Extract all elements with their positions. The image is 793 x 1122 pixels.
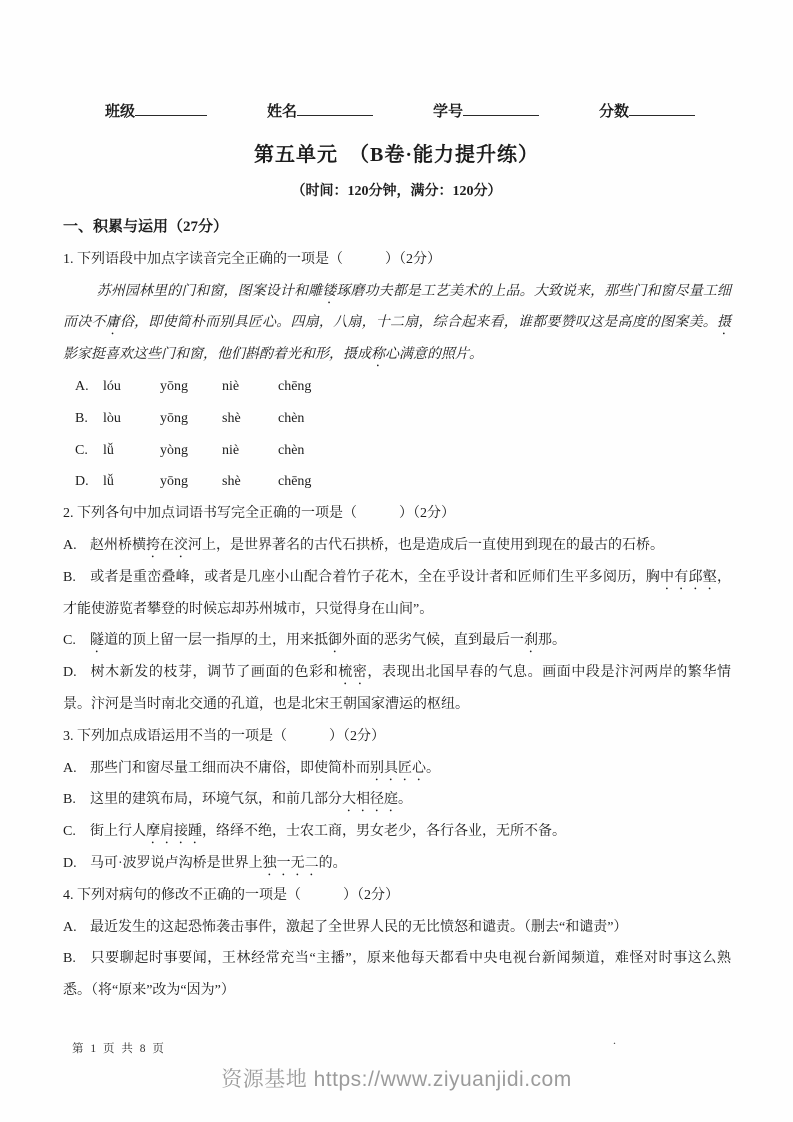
pinyin-col-4: chèn xyxy=(278,435,304,467)
question-1-option-d: D.lǚyōngshèchēng xyxy=(63,466,731,498)
pinyin-col-4: chēng xyxy=(278,466,311,498)
option-letter: A. xyxy=(75,371,103,403)
pinyin-col-2: yōng xyxy=(160,371,222,403)
option-letter: C. xyxy=(63,816,90,848)
page-number: 第 1 页 共 8 页 xyxy=(72,1040,166,1056)
question-3-option-a: A.那些门和窗尽量工细而决不庸俗，即使简朴而别具匠心。 xyxy=(63,753,731,785)
option-letter: D. xyxy=(63,657,90,689)
class-blank-line xyxy=(135,102,207,116)
pinyin-col-2: yōng xyxy=(160,466,222,498)
field-class-label: 班级 xyxy=(105,104,135,120)
question-1-option-a: A.lóuyōngnièchēng xyxy=(63,371,731,403)
option-letter: C. xyxy=(75,435,103,467)
pinyin-col-4: chēng xyxy=(278,371,311,403)
score-blank-line xyxy=(629,102,695,116)
question-4-stem: 4. 下列对病句的修改不正确的一项是（ ）（2分） xyxy=(63,880,731,912)
option-letter: B. xyxy=(63,562,90,594)
question-1-passage: 苏州园林里的门和窗，图案设计和雕镂琢磨功夫都是工艺美术的上品。大致说来，那些门和… xyxy=(63,276,731,371)
option-letter: A. xyxy=(63,912,90,944)
option-letter: A. xyxy=(63,530,90,562)
question-1-option-b: B.lòuyōngshèchèn xyxy=(63,403,731,435)
option-letter: B. xyxy=(75,403,103,435)
name-blank-line xyxy=(297,102,373,116)
pinyin-col-4: chèn xyxy=(278,403,304,435)
section-heading: 一、积累与运用（27分） xyxy=(63,212,731,244)
field-score-label: 分数 xyxy=(599,104,629,120)
student-id-blank-line xyxy=(463,102,539,116)
option-text: 赵州桥横挎在洨河上，是世界著名的古代石拱桥，也是造成后一直使用到现在的最古的石桥… xyxy=(90,538,664,553)
option-letter: A. xyxy=(63,753,90,785)
pinyin-col-2: yòng xyxy=(160,435,222,467)
question-3-option-b: B.这里的建筑布局，环境气氛，和前几部分大相径庭。 xyxy=(63,784,731,816)
question-2-option-c: C.隧道的顶上留一层一指厚的土，用来抵御外面的恶劣气候，直到最后一刹那。 xyxy=(63,625,731,657)
option-text: 隧道的顶上留一层一指厚的土，用来抵御外面的恶劣气候，直到最后一刹那。 xyxy=(90,633,566,648)
option-text: 树木新发的枝芽，调节了画面的色彩和梳密，表现出北国早春的气息。画面中段是汴河两岸… xyxy=(63,665,731,712)
pinyin-col-3: niè xyxy=(222,371,278,403)
exam-page: 班级 姓名 学号 分数 第五单元 （B卷·能力提升练） （时间：120分钟，满分… xyxy=(0,0,793,1122)
question-1-stem: 1. 下列语段中加点字读音完全正确的一项是（ ）（2分） xyxy=(63,244,731,276)
field-score: 分数 xyxy=(599,100,695,121)
field-name-label: 姓名 xyxy=(267,104,297,120)
option-letter: C. xyxy=(63,625,90,657)
option-text: 那些门和窗尽量工细而决不庸俗，即使简朴而别具匠心。 xyxy=(90,761,440,776)
question-2-stem: 2. 下列各句中加点词语书写完全正确的一项是（ ）（2分） xyxy=(63,498,731,530)
question-2-option-d: D.树木新发的枝芽，调节了画面的色彩和梳密，表现出北国早春的气息。画面中段是汴河… xyxy=(63,657,731,721)
option-text: 街上行人摩肩接踵，络绎不绝，士农工商，男女老少，各行各业，无所不备。 xyxy=(90,824,566,839)
option-letter: D. xyxy=(63,848,90,880)
stray-dot: . xyxy=(613,1033,616,1048)
option-text: 这里的建筑布局，环境气氛，和前几部分大相径庭。 xyxy=(90,792,412,807)
pinyin-col-1: lǚ xyxy=(103,435,160,467)
question-4-option-b: B.只要聊起时事要闻，王林经常充当“主播”，原来他每天都看中央电视台新闻频道，难… xyxy=(63,943,731,1007)
option-text: 或者是重峦叠峰，或者是几座小山配合着竹子花木，全在乎设计者和匠师们生平多阅历，胸… xyxy=(63,570,731,617)
option-text: 只要聊起时事要闻，王林经常充当“主播”，原来他每天都看中央电视台新闻频道，难怪对… xyxy=(63,951,731,998)
field-student-id: 学号 xyxy=(433,100,539,121)
option-letter: D. xyxy=(75,466,103,498)
page-title: 第五单元 （B卷·能力提升练） xyxy=(0,142,793,169)
pinyin-col-1: lòu xyxy=(103,403,160,435)
question-3-option-d: D.马可·波罗说卢沟桥是世界上独一无二的。 xyxy=(63,848,731,880)
question-2-option-b: B.或者是重峦叠峰，或者是几座小山配合着竹子花木，全在乎设计者和匠师们生平多阅历… xyxy=(63,562,731,626)
question-3-option-c: C.街上行人摩肩接踵，络绎不绝，士农工商，男女老少，各行各业，无所不备。 xyxy=(63,816,731,848)
pinyin-col-3: shè xyxy=(222,466,278,498)
pinyin-col-2: yōng xyxy=(160,403,222,435)
field-name: 姓名 xyxy=(267,100,373,121)
field-student-id-label: 学号 xyxy=(433,104,463,120)
option-letter: B. xyxy=(63,784,90,816)
option-text: 最近发生的这起恐怖袭击事件，激起了全世界人民的无比愤怒和谴责。（删去“和谴责”） xyxy=(90,920,627,935)
pinyin-col-1: lǚ xyxy=(103,466,160,498)
option-text: 马可·波罗说卢沟桥是世界上独一无二的。 xyxy=(90,856,347,871)
question-3-stem: 3. 下列加点成语运用不当的一项是（ ）（2分） xyxy=(63,721,731,753)
pinyin-col-3: shè xyxy=(222,403,278,435)
student-info-row: 班级 姓名 学号 分数 xyxy=(105,100,695,121)
pinyin-col-1: lóu xyxy=(103,371,160,403)
question-2-option-a: A.赵州桥横挎在洨河上，是世界著名的古代石拱桥，也是造成后一直使用到现在的最古的… xyxy=(63,530,731,562)
exam-body: 一、积累与运用（27分） 1. 下列语段中加点字读音完全正确的一项是（ ）（2分… xyxy=(63,212,731,1007)
option-letter: B. xyxy=(63,943,90,975)
pinyin-col-3: niè xyxy=(222,435,278,467)
page-subtitle: （时间：120分钟，满分：120分） xyxy=(0,182,793,202)
question-1-option-c: C.lǚyòngnièchèn xyxy=(63,435,731,467)
question-4-option-a: A.最近发生的这起恐怖袭击事件，激起了全世界人民的无比愤怒和谴责。（删去“和谴责… xyxy=(63,912,731,944)
watermark-text: 资源基地 https://www.ziyuanjidi.com xyxy=(0,1063,793,1093)
field-class: 班级 xyxy=(105,100,207,121)
